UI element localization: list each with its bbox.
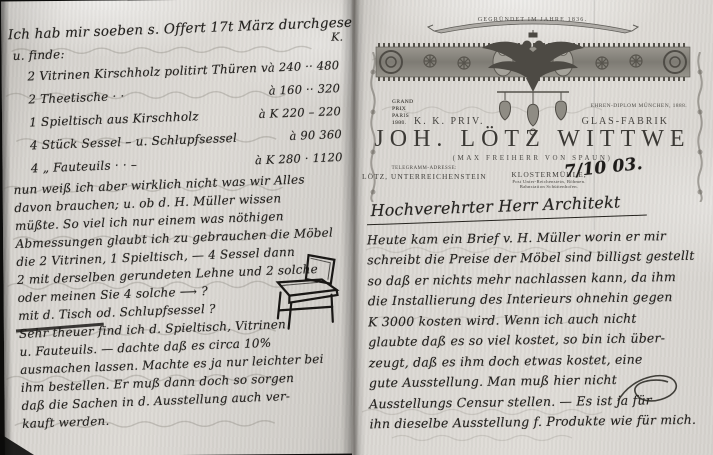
flourish-loop (613, 369, 685, 411)
price-value: à 240 ·· 480 (268, 54, 342, 80)
salutation: Hochverehrter Herr Architekt (366, 192, 647, 225)
scanned-letter: K. Ich hab mir soeben s. Offert 17t März… (0, 0, 713, 455)
side-scroll-ornament-right (693, 52, 707, 202)
award-line: EHREN-DIPLOM MÜNCHEN, 1888. (591, 103, 687, 109)
left-page: K. Ich hab mir soeben s. Offert 17t März… (1, 0, 357, 455)
chair-sketch (258, 248, 342, 336)
price-value: à 90 360 (289, 123, 344, 148)
price-value: à K 280 · 1120 (255, 146, 346, 172)
left-page-handwriting: Ich hab mir soeben s. Offert 17t März du… (8, 12, 355, 433)
founded-ribbon-text: GEGRÜNDET IM JAHRE 1836. (352, 17, 713, 23)
telegram-value: LÖTZ, UNTERREICHENSTEIN (362, 172, 487, 181)
handwriting-line: ihn dieselbe Ausstellung f. Produkte wie… (369, 410, 708, 435)
right-page: GEGRÜNDET IM JAHRE 1836. (352, 0, 713, 455)
side-scroll-ornament-left (366, 52, 380, 202)
award-line: GRAND PRIX PARIS 1900. (392, 99, 414, 127)
company-name: JOH. LÖTZ WITTWE (352, 126, 713, 153)
price-value: à K 220 – 220 (258, 100, 343, 126)
telegram-label: TELEGRAMM-ADRESSE: (362, 166, 487, 171)
imperial-eagle-ornament (368, 30, 698, 96)
place-sub: Bahnstation Schüttenhofen. (494, 184, 604, 189)
telegram-address-block: TELEGRAMM-ADRESSE: LÖTZ, UNTERREICHENSTE… (362, 166, 487, 181)
price-value: à 160 ·· 320 (268, 77, 342, 103)
owner-name: (MAX FREIHERR VON SPAUN) (352, 154, 713, 162)
